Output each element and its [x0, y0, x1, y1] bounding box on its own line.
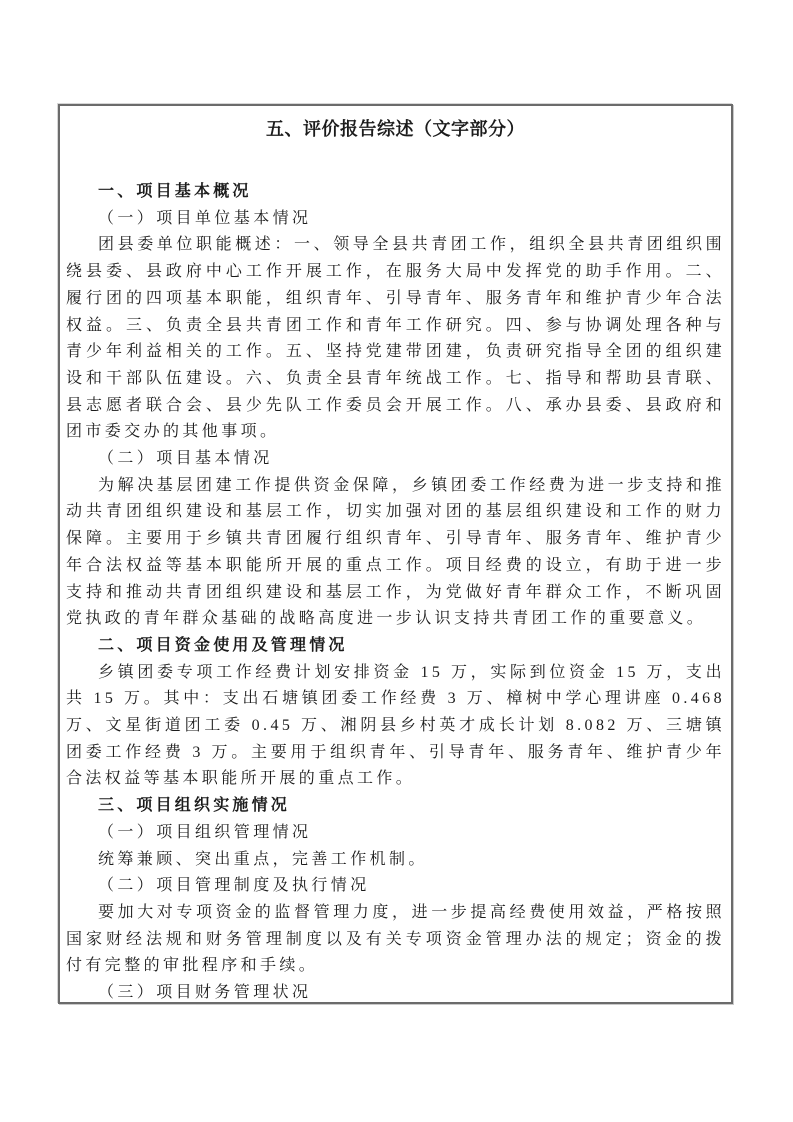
subheading-management-system: （二）项目管理制度及执行情况 — [66, 873, 725, 900]
page-title: 五、评价报告综述（文字部分） — [66, 116, 725, 142]
document-page: 五、评价报告综述（文字部分） 一、项目基本概况 （一）项目单位基本情况 团县委单… — [0, 0, 793, 1122]
paragraph-unit-functions: 团县委单位职能概述：一、领导全县共青团工作，组织全县共青团组织围绕县委、县政府中… — [66, 232, 725, 446]
subheading-financial-management: （三）项目财务管理状况 — [66, 980, 725, 1004]
paragraph-org-management: 统筹兼顾、突出重点，完善工作机制。 — [66, 847, 725, 874]
section-heading-fund-usage: 二、项目资金使用及管理情况 — [66, 633, 725, 660]
section-heading-basic-overview: 一、项目基本概况 — [66, 179, 725, 206]
report-body: 一、项目基本概况 （一）项目单位基本情况 团县委单位职能概述：一、领导全县共青团… — [66, 179, 725, 1004]
paragraph-management-system: 要加大对专项资金的监督管理力度，进一步提高经费使用效益，严格按照国家财经法规和财… — [66, 900, 725, 980]
subheading-org-management: （一）项目组织管理情况 — [66, 820, 725, 847]
section-heading-implementation: 三、项目组织实施情况 — [66, 793, 725, 820]
paragraph-fund-details: 乡镇团委专项工作经费计划安排资金 15 万，实际到位资金 15 万，支出共 15… — [66, 660, 725, 794]
subheading-unit-basic-info: （一）项目单位基本情况 — [66, 206, 725, 233]
paragraph-project-background: 为解决基层团建工作提供资金保障，乡镇团委工作经费为进一步支持和推动共青团组织建设… — [66, 473, 725, 633]
report-border-box: 五、评价报告综述（文字部分） 一、项目基本概况 （一）项目单位基本情况 团县委单… — [58, 104, 733, 1004]
subheading-project-basic-info: （二）项目基本情况 — [66, 446, 725, 473]
